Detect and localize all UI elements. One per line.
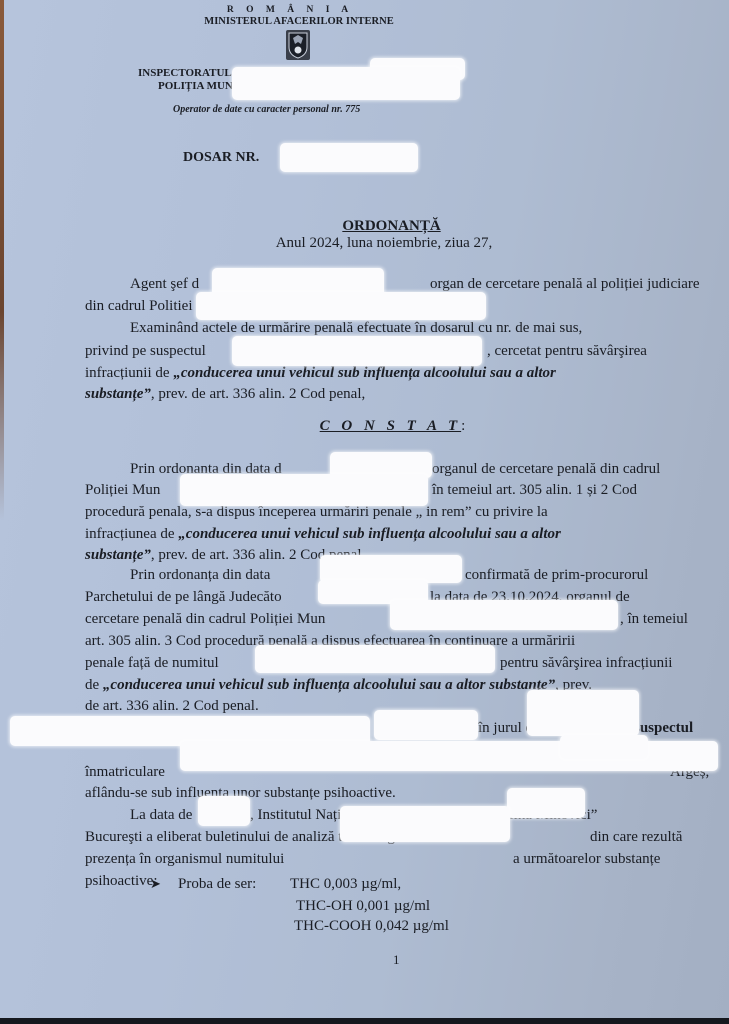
redaction — [198, 796, 250, 826]
text-line: infracțiunii de „conducerea unui vehicul… — [85, 364, 556, 382]
section-heading-constat: C O N S T A T: — [0, 418, 729, 435]
text-line: confirmată de prim-procurorul — [465, 566, 648, 584]
photo-bottom-edge — [0, 1018, 729, 1024]
redaction — [180, 474, 428, 506]
redaction — [232, 336, 482, 366]
case-number-label: DOSAR NR. — [183, 150, 259, 166]
text-line: înmatriculare — [85, 763, 165, 781]
substance-value: THC-OH 0,001 µg/ml — [296, 898, 430, 915]
text-line: Examinând actele de urmărire penală efec… — [130, 319, 582, 337]
text-line: psihoactive: — [85, 872, 157, 890]
redaction — [527, 690, 639, 736]
redaction — [196, 292, 486, 320]
substance-value: THC 0,003 µg/ml, — [290, 876, 401, 893]
sample-label: Proba de ser: — [178, 876, 256, 892]
redaction — [320, 555, 462, 583]
ministry-heading: MINISTERUL AFACERILOR INTERNE — [0, 16, 598, 27]
page-number: 1 — [393, 952, 400, 968]
text-line: Poliției Mun — [85, 481, 160, 499]
text-line: La data de — [130, 806, 192, 824]
country-heading: R O M Â N I A — [0, 5, 580, 15]
text-line: de art. 336 alin. 2 Cod penal. — [85, 697, 259, 715]
text-line: a următoarelor substanțe — [513, 850, 660, 868]
results-row: ➤Proba de ser: — [150, 876, 256, 893]
text-line: de „conducerea unui vehicul sub influenț… — [85, 676, 592, 694]
text-line: organ de cercetare penală al poliției ju… — [430, 275, 700, 293]
redaction — [232, 67, 460, 100]
arrow-bullet-icon: ➤ — [150, 876, 178, 892]
document-page: R O M Â N I A MINISTERUL AFACERILOR INTE… — [0, 0, 729, 1018]
redaction — [560, 735, 648, 759]
text-line: organul de cercetare penală din cadrul — [432, 460, 660, 478]
text-line: substanțe”, prev. de art. 336 alin. 2 Co… — [85, 385, 365, 403]
substance-value: THC-COOH 0,042 µg/ml — [294, 918, 449, 935]
text-line: penale față de numitul — [85, 654, 219, 672]
redaction — [340, 806, 510, 842]
text-line: cercetare penală din cadrul Poliției Mun — [85, 610, 325, 628]
text-line: Prin ordonanța din data — [130, 566, 270, 584]
text-line: , cercetat pentru săvârşirea — [487, 342, 647, 360]
redaction — [255, 645, 495, 673]
document-title: ORDONANȚĂ — [0, 218, 729, 235]
text-line: pentru săvârşirea infracțiunii — [500, 654, 672, 672]
text-line: Agent şef d — [130, 275, 199, 293]
redaction — [374, 710, 478, 740]
redaction — [280, 143, 418, 172]
text-line: Parchetului de pe lângă Judecăto — [85, 588, 282, 606]
text-line: prezența în organismul numitului — [85, 850, 284, 868]
redaction — [507, 788, 585, 818]
text-line: în temeiul art. 305 alin. 1 și 2 Cod — [432, 481, 637, 499]
text-line: infracțiunea de „conducerea unui vehicul… — [85, 525, 561, 543]
romania-coat-of-arms-icon — [285, 29, 311, 61]
document-date: Anul 2024, luna noiembrie, ziua 27, — [0, 235, 729, 252]
police-heading: POLIȚIA MUN — [158, 80, 233, 92]
text-line: privind pe suspectul — [85, 342, 206, 360]
text-line: din care rezultă — [590, 828, 682, 846]
table-edge — [0, 0, 4, 520]
redaction — [390, 600, 618, 630]
text-line: , în temeiul — [620, 610, 688, 628]
operator-note: Operator de date cu caracter personal nr… — [173, 104, 360, 115]
